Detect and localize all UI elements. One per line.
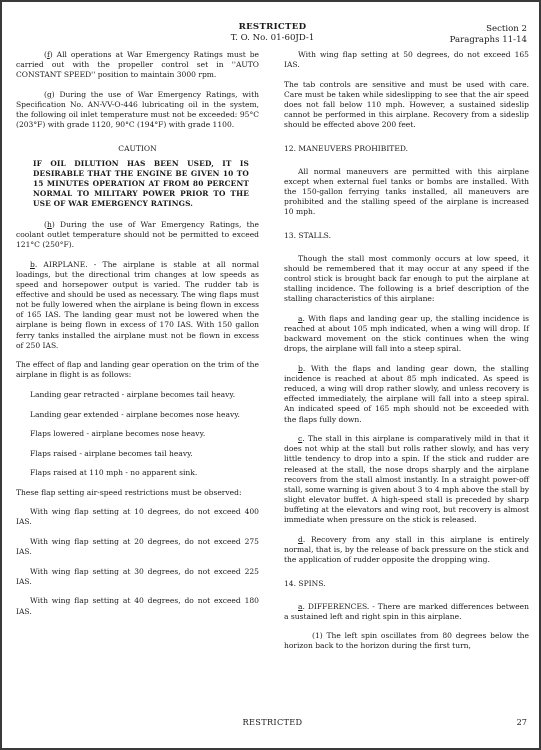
stall-paragraph-c: c. The stall in this airplane is compara… [284,434,529,525]
paragraph-text: . AIRPLANE. - The airplane is stable at … [16,260,259,350]
document-page: RESTRICTED T. O. No. 01-60JD-1 Section 2… [0,0,541,750]
caution-text: IF OIL DILUTION HAS BEEN USED, IT IS DES… [33,159,249,210]
section-heading-12: 12. MANEUVERS PROHIBITED. [284,144,529,154]
flap-restriction-item: With wing flap setting at 50 degrees, do… [284,50,529,70]
paragraph-g: (g) During the use of War Emergency Rati… [16,90,259,131]
stall-paragraph-a: a. With flaps and landing gear up, the s… [284,314,529,355]
flap-restriction-item: With wing flap setting at 10 degrees, do… [16,507,259,527]
stall-paragraph-d: d. Recovery from any stall in this airpl… [284,535,529,565]
maneuvers-paragraph: All normal maneuvers are permitted with … [284,167,529,218]
footer-classification: RESTRICTED [2,717,541,727]
paragraph-b-airplane: b. AIRPLANE. - The airplane is stable at… [16,260,259,351]
paragraph-f: (f) All operations at War Emergency Rati… [16,50,259,80]
page-number: 27 [517,717,527,727]
header-paragraphs: Paragraphs 11-14 [450,35,527,46]
section-heading-14: 14. SPINS. [284,579,529,589]
stalls-intro-paragraph: Though the stall most commonly occurs at… [284,254,529,305]
paragraph-text: During the use of War Emergency Ratings,… [16,220,259,249]
page-header-right: Section 2 Paragraphs 11-14 [450,24,527,46]
paragraph-marker: h [47,220,52,229]
paragraph-text: . DIFFERENCES. - There are marked differ… [284,602,529,621]
spin-paragraph-1: (1) The left spin oscillates from 80 deg… [284,631,529,651]
trim-intro: The effect of flap and landing gear oper… [16,360,259,380]
paragraph-text: . Recovery from any stall in this airpla… [284,535,529,564]
trim-effect-item: Flaps raised at 110 mph - no apparent si… [16,468,259,478]
paragraph-h: (h) During the use of War Emergency Rati… [16,220,259,250]
paragraph-text: All operations at War Emergency Ratings … [16,50,259,79]
trim-effect-item: Flaps raised - airplane becomes tail hea… [16,449,259,459]
trim-effect-item: Landing gear retracted - airplane become… [16,390,259,400]
paragraph-marker: f [47,50,50,59]
right-column: With wing flap setting at 50 degrees, do… [284,50,529,661]
trim-effect-item: Landing gear extended - airplane becomes… [16,410,259,420]
left-column: (f) All operations at War Emergency Rati… [16,50,259,626]
paragraph-text: . The stall in this airplane is comparat… [284,434,529,524]
caution-title: CAUTION [16,144,259,154]
paragraph-marker: g [47,90,52,99]
trim-effect-item: Flaps lowered - airplane becomes nose he… [16,429,259,439]
header-section: Section 2 [450,24,527,35]
section-heading-13: 13. STALLS. [284,231,529,241]
restrictions-intro: These flap setting air-speed restriction… [16,488,259,498]
flap-restriction-item: With wing flap setting at 20 degrees, do… [16,537,259,557]
tab-controls-paragraph: The tab controls are sensitive and must … [284,80,529,131]
paragraph-text: During the use of War Emergency Ratings,… [16,90,259,129]
paragraph-text: . With flaps and landing gear up, the st… [284,314,529,353]
flap-restriction-item: With wing flap setting at 30 degrees, do… [16,567,259,587]
spin-paragraph-a: a. DIFFERENCES. - There are marked diffe… [284,602,529,622]
flap-restriction-item: With wing flap setting at 40 degrees, do… [16,596,259,616]
paragraph-text: . With the flaps and landing gear down, … [284,364,529,424]
stall-paragraph-b: b. With the flaps and landing gear down,… [284,364,529,425]
